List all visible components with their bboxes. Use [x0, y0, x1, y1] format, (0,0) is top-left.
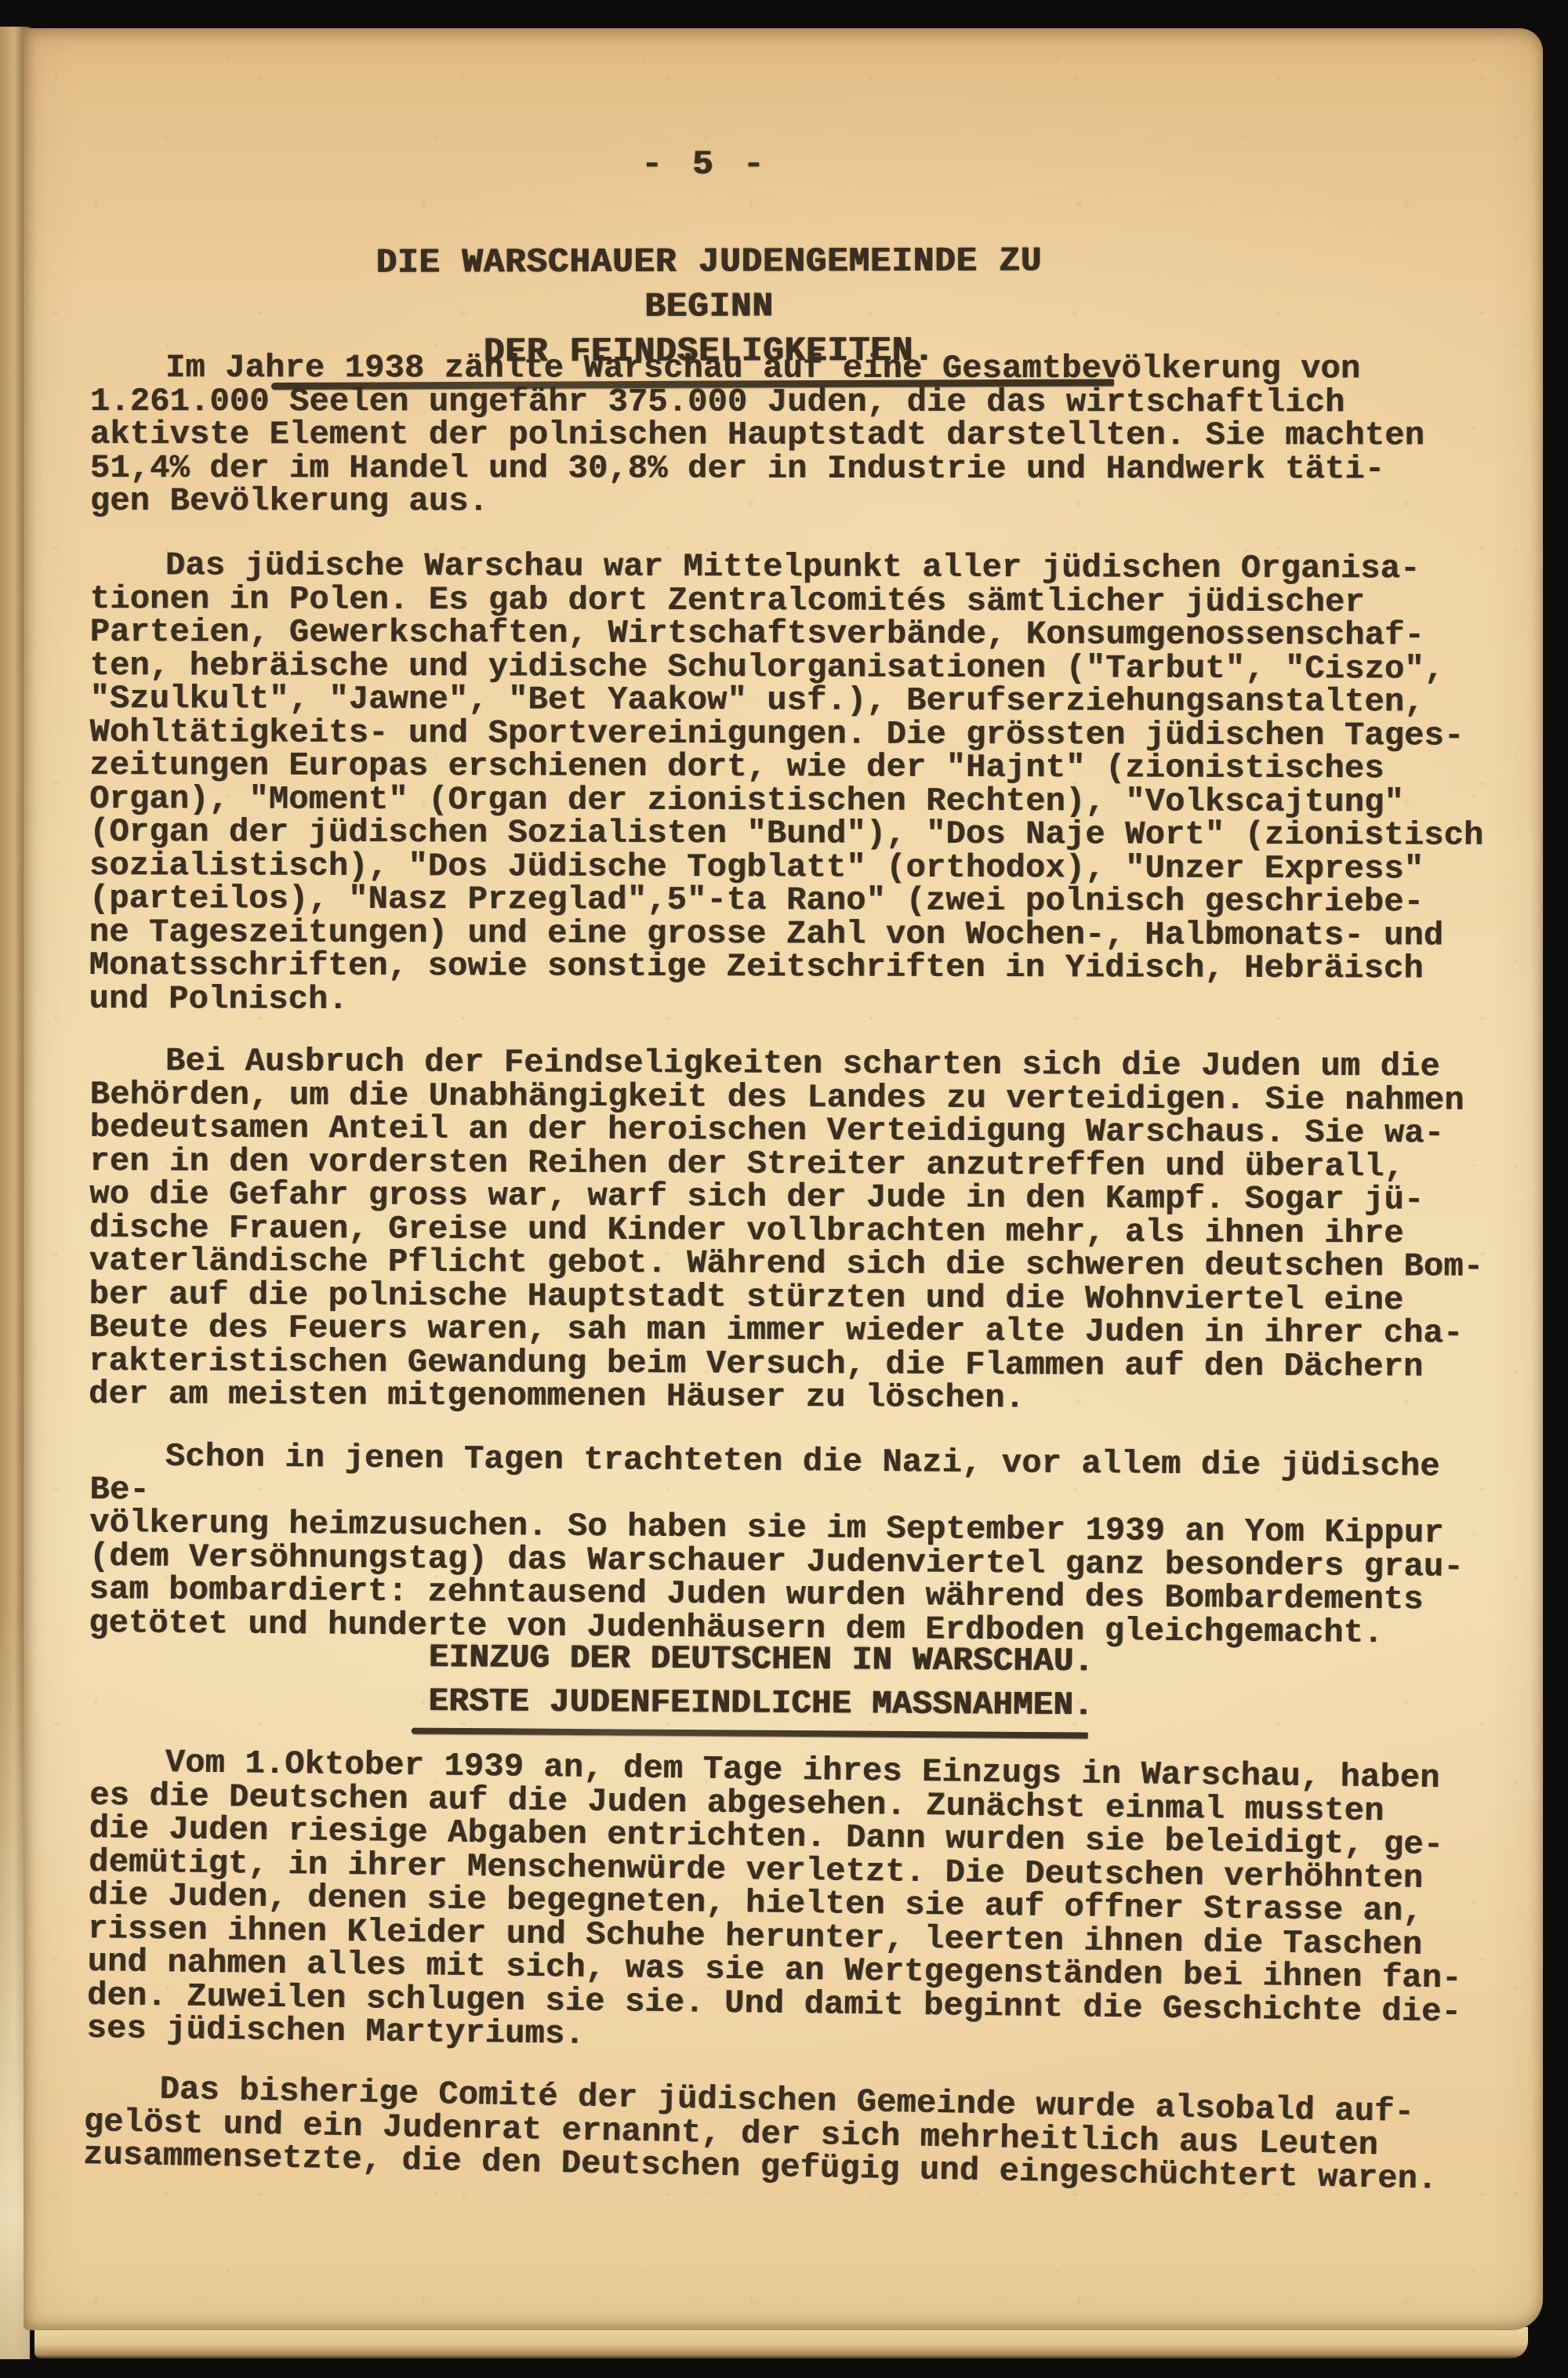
section-heading: EINZUG DER DEUTSCHEN IN WARSCHAU. ERSTE … [423, 1636, 1100, 1738]
page-sheet: - 5 - DIE WARSCHAUER JUDENGEMEINDE ZU BE… [24, 28, 1543, 2330]
paragraph-yom-kippur-bombing: Schon in jenen Tagen trachteten die Nazi… [89, 1440, 1509, 1650]
paragraph-organisations: Das jüdische Warschau war Mittelpunkt al… [89, 549, 1509, 1019]
page-number: - 5 - [641, 145, 768, 184]
section-heading-line-1: EINZUG DER DEUTSCHEN IN WARSCHAU. [423, 1636, 1099, 1683]
scan-background: - 5 - DIE WARSCHAUER JUDENGEMEINDE ZU BE… [0, 0, 1568, 2378]
paragraph-judenrat: Das bisherige Comité der jüdischen Gemei… [83, 2071, 1504, 2198]
paragraph-population-1938: Im Jahre 1938 zählte Warschau auf eine G… [90, 351, 1509, 519]
paragraph-german-entry: Vom 1.Oktober 1939 an, dem Tage ihres Ei… [86, 1745, 1509, 2063]
page-stack-edge-bottom [34, 2327, 1528, 2358]
section-heading-underline [412, 1728, 1088, 1739]
paragraph-outbreak-defense: Bei Ausbruch der Feindseligkeiten schart… [89, 1044, 1509, 1417]
title-line-1: DIE WARSCHAUER JUDENGEMEINDE ZU BEGINN [304, 239, 1114, 331]
section-heading-line-2: ERSTE JUDENFEINDLICHE MASSNAHMEN. [423, 1679, 1099, 1727]
